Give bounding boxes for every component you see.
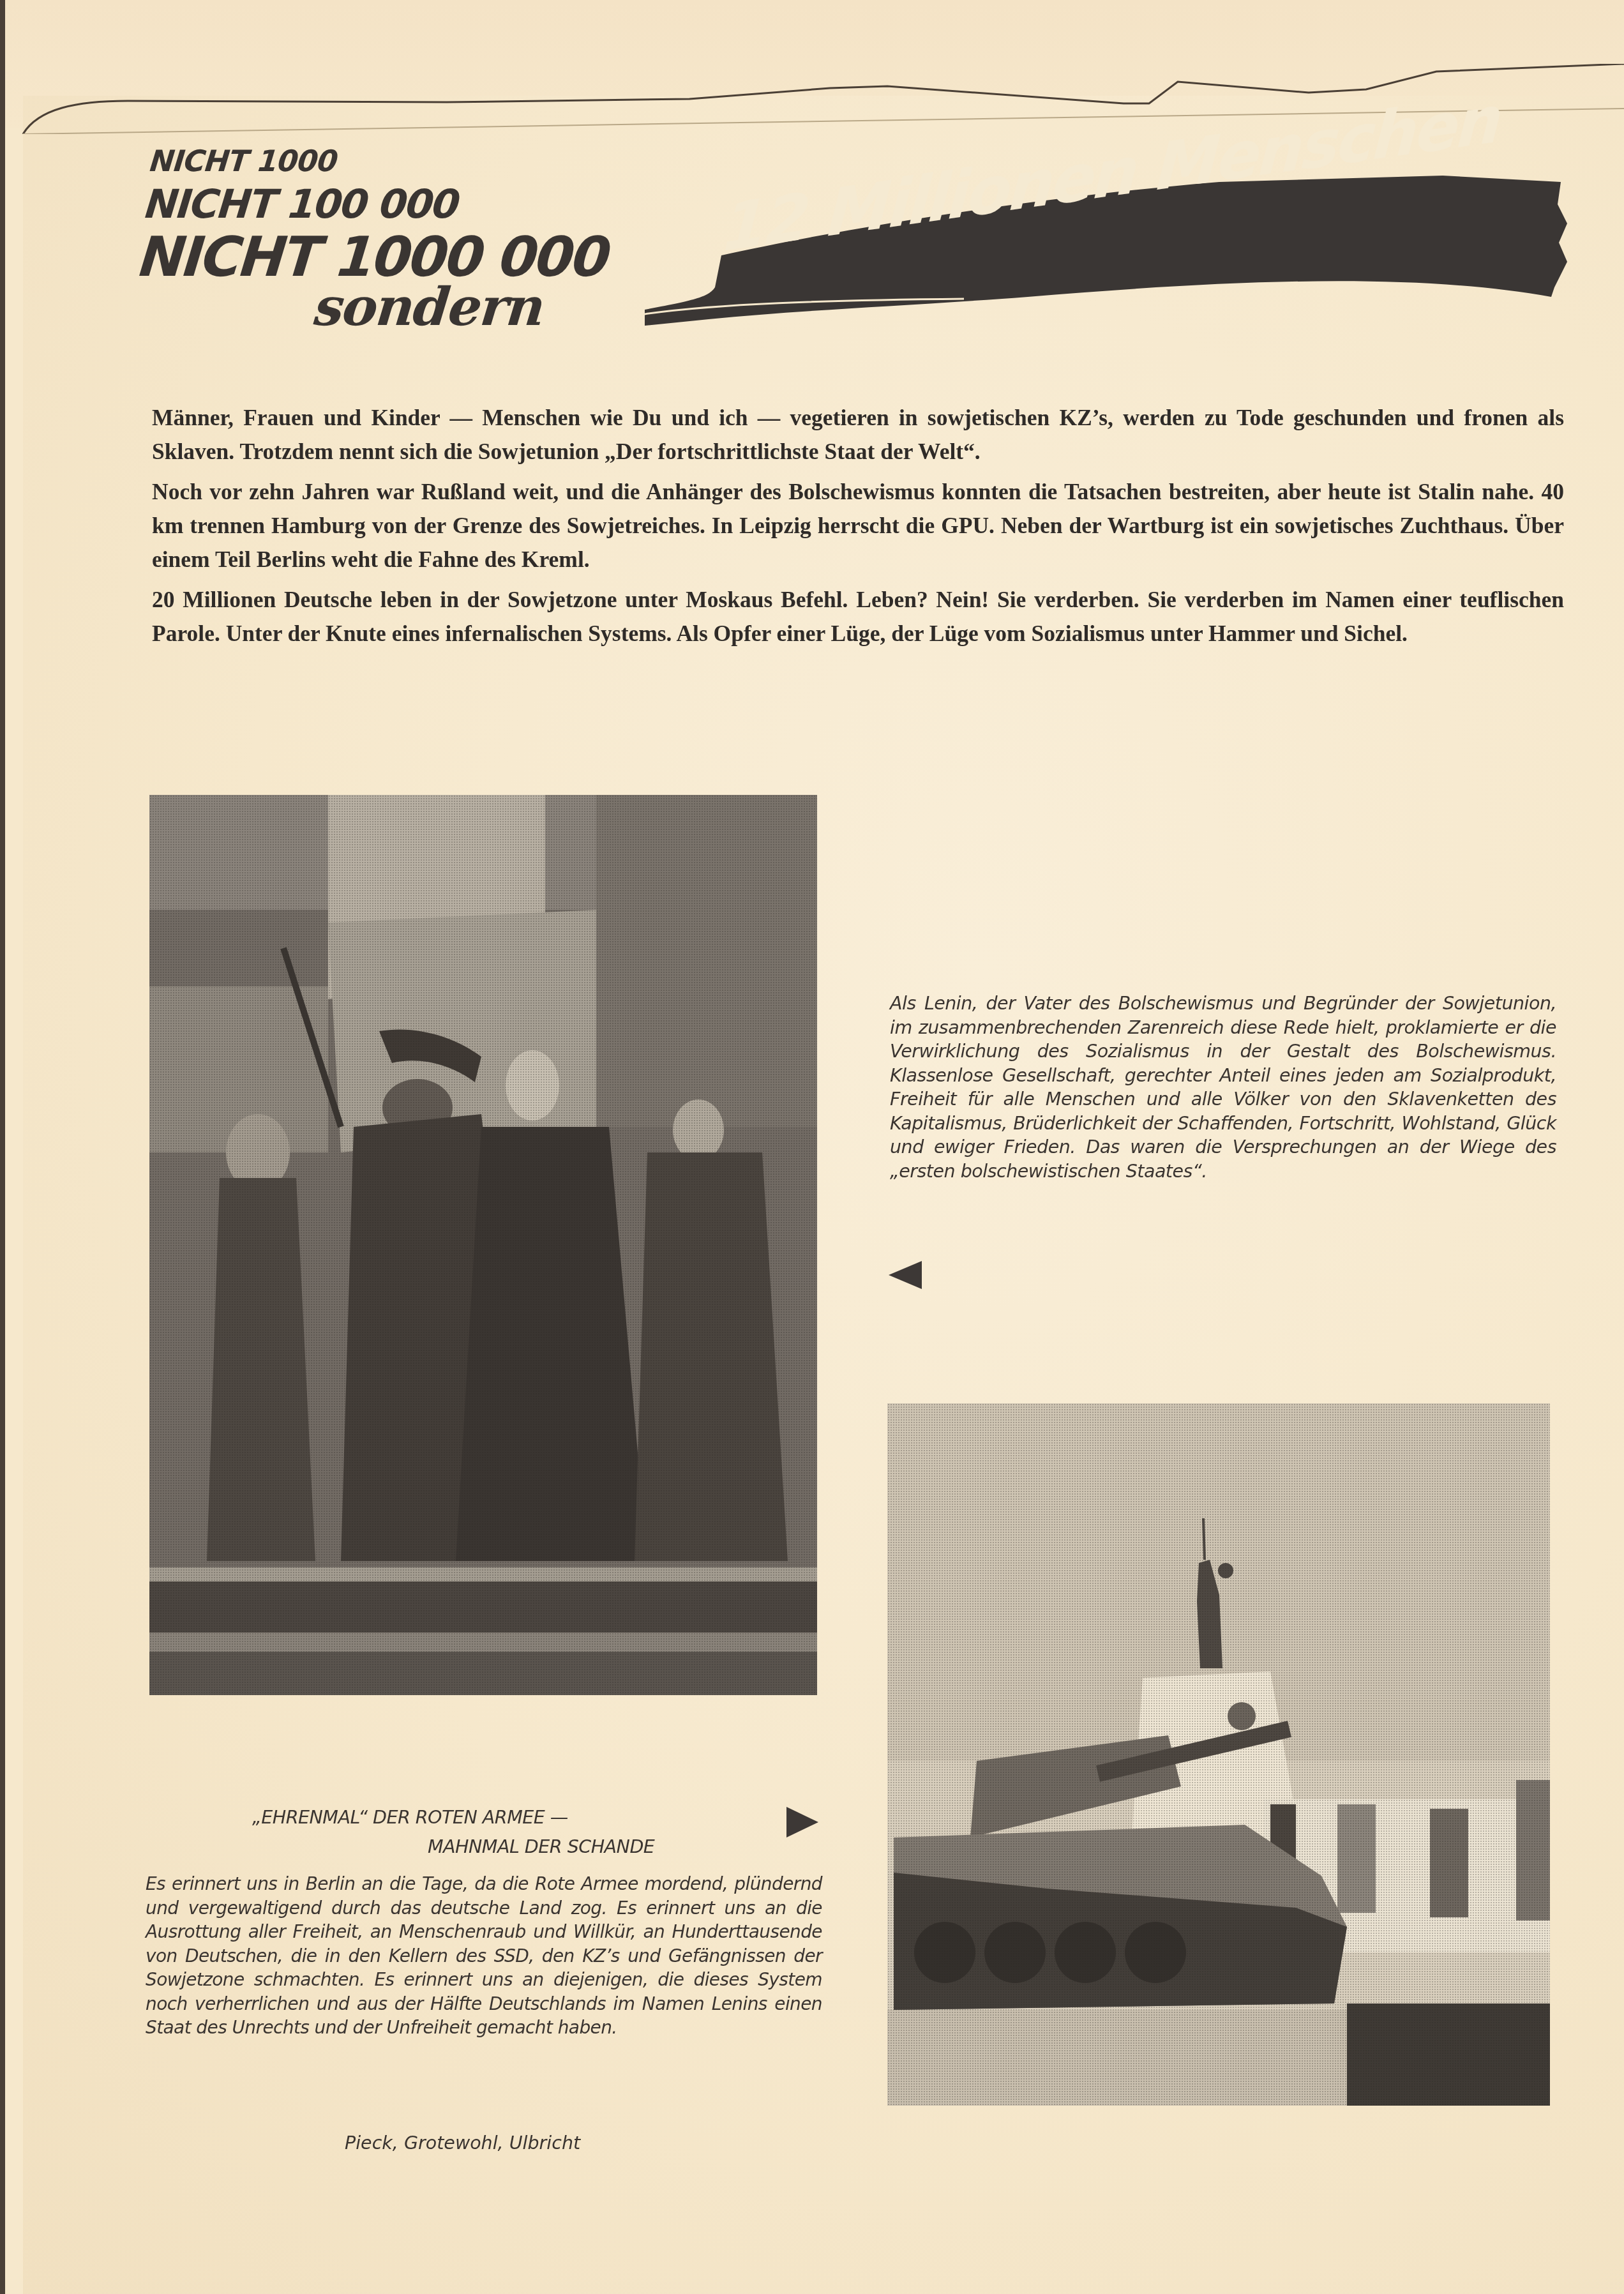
intro-paragraph: Noch vor zehn Jahren war Rußland weit, u… [152, 475, 1564, 577]
memorial-title-line-1: „EHRENMAL“ DER ROTEN ARMEE — [252, 1807, 568, 1828]
headline-line-2: NICHT 100 000 [143, 181, 461, 227]
intro-paragraph: 20 Millionen Deutsche leben in der Sowje… [152, 583, 1564, 651]
intro-paragraph: Männer, Frauen und Kinder — Menschen wie… [152, 401, 1564, 469]
memorial-text: Es erinnert uns in Berlin an die Tage, d… [146, 1872, 822, 2040]
intro-text: Männer, Frauen und Kinder — Menschen wie… [152, 401, 1564, 657]
lenin-photo-illustration [149, 795, 817, 1695]
scan-border [0, 0, 5, 2294]
tank-photo-illustration [887, 1403, 1550, 2106]
headline-line-4: sondern [312, 276, 547, 338]
memorial-title-line-2: MAHNMAL DER SCHANDE [428, 1836, 654, 1857]
signature: Pieck, Grotewohl, Ulbricht [345, 2132, 580, 2154]
arrow-left-icon [889, 1261, 922, 1289]
lenin-photo [149, 795, 817, 1695]
headline-line-1: NICHT 1000 [148, 144, 339, 178]
lenin-caption: Als Lenin, der Vater des Bolschewismus u… [890, 992, 1556, 1183]
tank-memorial-photo [887, 1403, 1550, 2106]
arrow-right-icon [786, 1807, 818, 1837]
